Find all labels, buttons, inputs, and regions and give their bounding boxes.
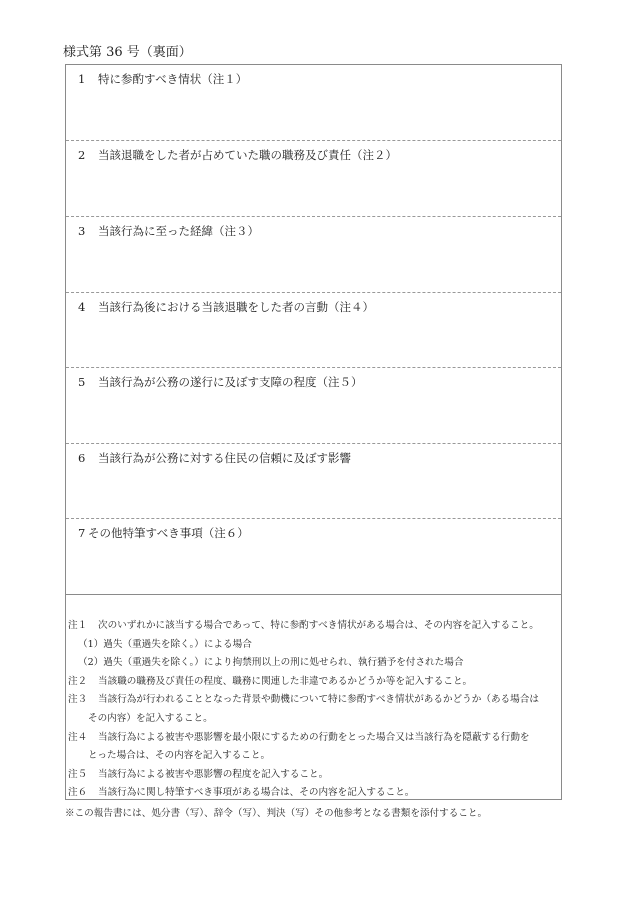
section-4-label: 4当該行為後における当該退職をした者の言動（注４） [78, 299, 374, 315]
note-key: 注３ [68, 691, 98, 710]
section-6-field[interactable] [70, 468, 557, 514]
section-2-label: 2当該退職をした者が占めていた職の職務及び責任（注２） [78, 147, 397, 163]
note-text: 当該行為が行われることとなった背景や動機について特に参酌すべき情状があるかどうか… [98, 694, 539, 705]
section-4-field[interactable] [70, 317, 557, 363]
section-1-field[interactable] [70, 89, 557, 136]
note-key: 注４ [68, 729, 98, 748]
note-5: 注５当該行為による被害や悪影響の程度を記入すること。 [68, 766, 559, 785]
section-number: 1 [78, 71, 98, 87]
note-key: 注６ [68, 784, 98, 803]
section-6: 6当該行為が公務に対する住民の信頼に及ぼす影響 [66, 444, 561, 519]
section-3: 3当該行為に至った経緯（注３） [66, 217, 561, 293]
section-2: 2当該退職をした者が占めていた職の職務及び責任（注２） [66, 141, 561, 217]
note-1: 注１次のいずれかに該当する場合であって、特に参酌すべき情状がある場合は、その内容… [68, 617, 559, 636]
section-1-label: 1特に参酌すべき情状（注１） [78, 71, 247, 87]
section-5: 5当該行為が公務の遂行に及ぼす支障の程度（注５） [66, 368, 561, 444]
section-number: 2 [78, 147, 98, 163]
section-title: 当該退職をした者が占めていた職の職務及び責任（注２） [98, 148, 397, 162]
section-5-label: 5当該行為が公務の遂行に及ぼす支障の程度（注５） [78, 374, 363, 390]
section-3-label: 3当該行為に至った経緯（注３） [78, 223, 259, 239]
section-title: 特に参酌すべき情状（注１） [98, 72, 247, 86]
section-title: 当該行為後における当該退職をした者の言動（注４） [98, 300, 374, 314]
note-key: 注１ [68, 617, 98, 636]
section-6-label: 6当該行為が公務に対する住民の信頼に及ぼす影響 [78, 450, 351, 466]
note-key: 注２ [68, 673, 98, 692]
report-form-box: 1特に参酌すべき情状（注１） 2当該退職をした者が占めていた職の職務及び責任（注… [65, 64, 562, 800]
note-text: 次のいずれかに該当する場合であって、特に参酌すべき情状がある場合は、その内容を記… [98, 620, 539, 631]
note-2: 注２当該職の職務及び責任の程度、職務に関連した非違であるかどうか等を記入すること… [68, 673, 559, 692]
section-number: 6 [78, 450, 98, 466]
note-text: 当該行為による被害や悪影響を最小限にするための行動をとった場合又は当該行為を隠蔽… [98, 732, 530, 743]
note-4: 注４当該行為による被害や悪影響を最小限にするための行動をとった場合又は当該行為を… [68, 729, 559, 748]
section-number: 5 [78, 374, 98, 390]
note-3-continuation: その内容）を記入すること。 [68, 710, 559, 729]
section-1: 1特に参酌すべき情状（注１） [66, 65, 561, 141]
note-1-item-1: （1）過失（重過失を除く。）による場合 [68, 636, 559, 655]
note-key: 注５ [68, 766, 98, 785]
section-title: 当該行為が公務に対する住民の信頼に及ぼす影響 [98, 451, 351, 465]
section-3-field[interactable] [70, 241, 557, 288]
note-6: 注６当該行為に関し特筆すべき事項がある場合は、その内容を記入すること。 [68, 784, 559, 803]
section-title: その他特筆すべき事項（注６） [88, 526, 249, 540]
section-title: 当該行為が公務の遂行に及ぼす支障の程度（注５） [98, 375, 363, 389]
section-title: 当該行為に至った経緯（注３） [98, 224, 259, 238]
section-number: 3 [78, 223, 98, 239]
note-text: 当該行為に関し特筆すべき事項がある場合は、その内容を記入すること。 [98, 787, 414, 798]
section-4: 4当該行為後における当該退職をした者の言動（注４） [66, 293, 561, 368]
note-text: 当該職の職務及び責任の程度、職務に関連した非違であるかどうか等を記入すること。 [98, 676, 472, 687]
note-4-continuation: とった場合は、その内容を記入すること。 [68, 747, 559, 766]
note-1-item-2: （2）過失（重過失を除く。）により拘禁刑以上の刑に処せられ、執行猶予を付された場… [68, 654, 559, 673]
section-number: 4 [78, 299, 98, 315]
note-3: 注３当該行為が行われることとなった背景や動機について特に参酌すべき情状があるかど… [68, 691, 559, 710]
section-7: 7その他特筆すべき事項（注６） [66, 519, 561, 595]
section-2-field[interactable] [70, 165, 557, 212]
section-7-label: 7その他特筆すべき事項（注６） [78, 525, 249, 541]
note-text: 当該行為による被害や悪影響の程度を記入すること。 [98, 769, 328, 780]
section-5-field[interactable] [70, 392, 557, 439]
section-7-field[interactable] [70, 543, 557, 590]
form-title: 様式第 36 号（裏面） [63, 44, 192, 62]
section-number: 7 [78, 525, 88, 541]
attachment-note: ※この報告書には、処分書（写）、辞令（写）、判決（写）その他参考となる書類を添付… [65, 806, 487, 822]
notes-area: 注１次のいずれかに該当する場合であって、特に参酌すべき情状がある場合は、その内容… [66, 595, 561, 799]
